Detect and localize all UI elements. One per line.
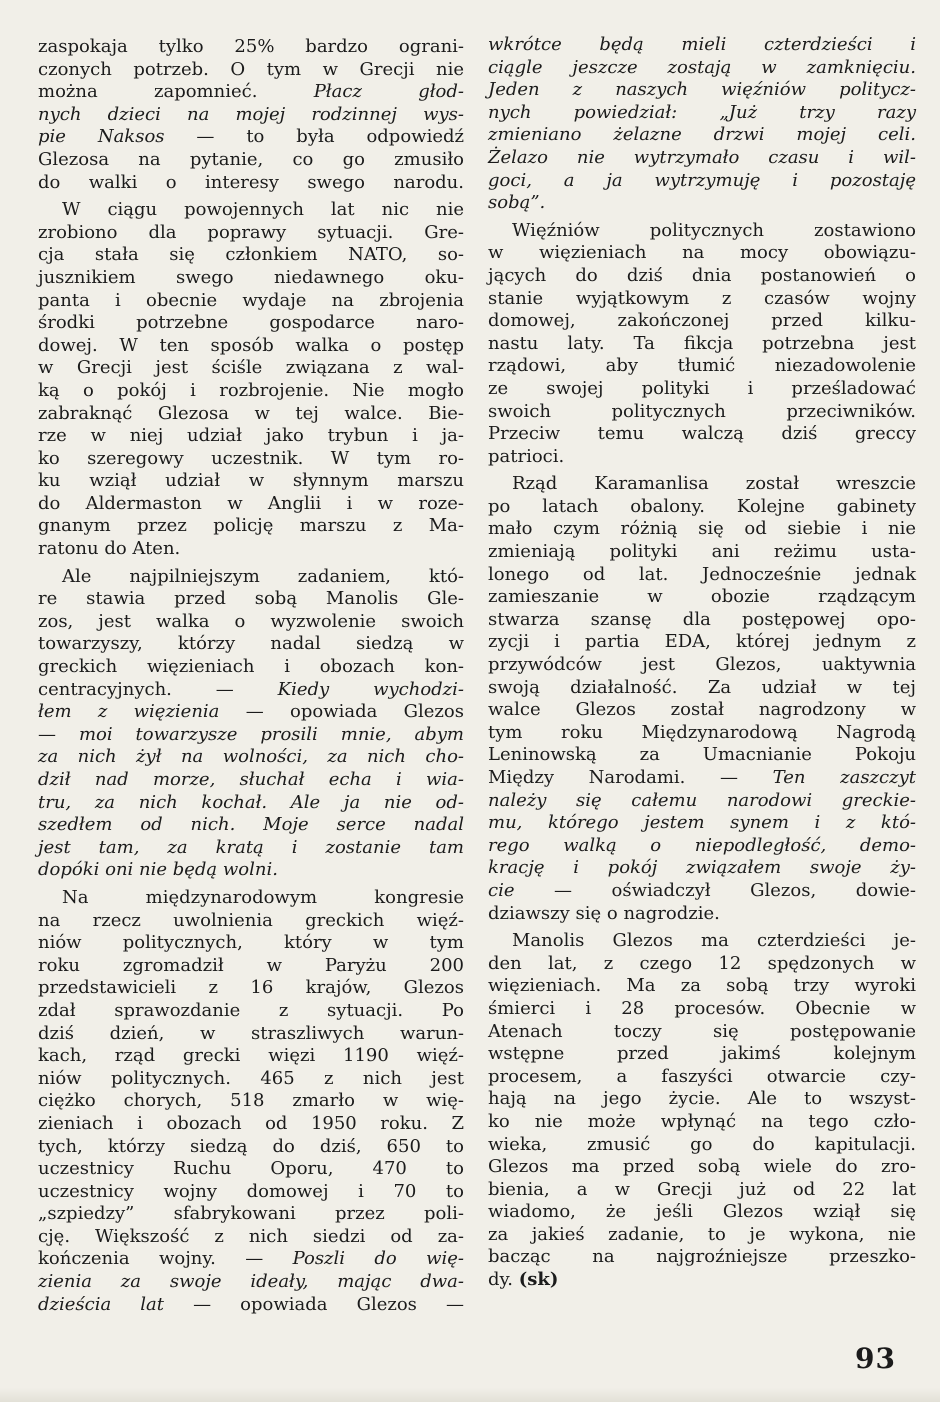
text-line: panta i obecnie wydaje na zbrojenia: [38, 290, 464, 313]
text-run: (sk): [519, 1269, 559, 1290]
text-run: Przeciw temu walczą dziś greccy: [488, 423, 916, 444]
text-run: ką o pokój i rozbrojenie. Nie mogło: [38, 380, 464, 401]
text-run: kach, rząd grecki więzi 1190 więź-: [38, 1045, 464, 1066]
text-run: panta i obecnie wydaje na zbrojenia: [38, 290, 464, 311]
text-run: Rząd Karamanlisa został wreszcie: [512, 473, 916, 494]
text-run: Manolis Glezos ma czterdzieści je-: [512, 930, 916, 951]
text-run: swoich politycznych przeciwników.: [488, 401, 916, 422]
text-line: ratonu do Aten.: [38, 538, 464, 561]
text-run: stwarza szansę dla postępowej opo-: [488, 609, 916, 630]
text-line: Glezos ma przed sobą wiele do zro-: [488, 1156, 916, 1179]
text-line: hają na jego życie. Ale to wszyst-: [488, 1088, 916, 1111]
text-line: czonych potrzeb. O tym w Grecji nie: [38, 59, 464, 82]
text-run: walce Glezos został nagrodzony w: [488, 699, 916, 720]
text-run: nastu laty. Ta fikcja potrzebna jest: [488, 333, 916, 354]
text-run: Między Narodami. —: [488, 767, 773, 788]
text-run: rego walką o niepodległość, demo-: [488, 835, 916, 856]
text-line: rze w niej udział jako trybun i ja-: [38, 425, 464, 448]
text-line: Przeciw temu walczą dziś greccy: [488, 423, 916, 446]
text-run: w Grecji jest ściśle związana z wal-: [38, 357, 464, 378]
text-line: Ale najpilniejszym zadaniem, któ-: [38, 566, 464, 589]
text-line: zieniach i obozach od 1950 roku. Z: [38, 1113, 464, 1136]
text-run: zaspokaja tylko 25% bardzo ograni-: [38, 36, 464, 57]
text-run: na rzecz uwolnienia greckich więź-: [38, 910, 464, 931]
text-line: ku wziął udział w słynnym marszu: [38, 470, 464, 493]
text-line: Między Narodami. — Ten zaszczyt: [488, 767, 916, 790]
text-line: zmieniają polityki ani reżimu usta-: [488, 541, 916, 564]
text-line: lonego od lat. Jednocześnie jednak: [488, 564, 916, 587]
text-run: wieka, zmusić go do kapitulacji.: [488, 1134, 916, 1155]
paragraph: W ciągu powojennych lat nic niezrobiono …: [38, 199, 464, 561]
text-line: ze swojej polityki i prześladować: [488, 378, 916, 401]
text-line: dy. (sk): [488, 1269, 916, 1292]
text-run: zrobiono dla poprawy sytuacji. Gre-: [38, 222, 464, 243]
text-run: W ciągu powojennych lat nic nie: [62, 199, 464, 220]
text-run: Płacz głod-: [314, 81, 464, 102]
text-line: można zapomnieć. Płacz głod-: [38, 81, 464, 104]
text-run: domowej, zakończonej przed kilku-: [488, 310, 916, 331]
text-line: ciągle jeszcze zostają w zamknięciu.: [488, 57, 916, 80]
paragraph: Ale najpilniejszym zadaniem, któ-re staw…: [38, 566, 464, 882]
text-line: dowej. W ten sposób walka o postęp: [38, 335, 464, 358]
paragraph: Więźniów politycznych zostawionow więzie…: [488, 220, 916, 469]
text-run: dowej. W ten sposób walka o postęp: [38, 335, 464, 356]
text-run: krację i pokój związałem swoje ży-: [488, 857, 916, 878]
text-line: jusznikiem swego niedawnego oku-: [38, 267, 464, 290]
text-run: sobą”.: [488, 192, 545, 213]
text-line: swoich politycznych przeciwników.: [488, 401, 916, 424]
text-run: cja stała się członkiem NATO, so-: [38, 244, 464, 265]
text-line: zamieszanie w obozie rządzącym: [488, 586, 916, 609]
text-run: kończenia wojny. —: [38, 1248, 293, 1269]
text-run: —: [38, 724, 79, 745]
text-run: gnanym przez policję marszu z Ma-: [38, 515, 464, 536]
text-line: walce Glezos został nagrodzony w: [488, 699, 916, 722]
text-run: Żelazo nie wytrzymało czasu i wil-: [488, 147, 916, 168]
column-right: wkrótce będą mieli czterdzieści iciągle …: [488, 34, 916, 1292]
text-run: jest tam, za kratą i zostanie tam: [38, 837, 464, 858]
text-line: goci, a ja wytrzymuję i pozostaję: [488, 170, 916, 193]
column-left: zaspokaja tylko 25% bardzo ograni-czonyc…: [38, 36, 464, 1316]
text-line: niów politycznych. 465 z nich jest: [38, 1068, 464, 1091]
text-line: Żelazo nie wytrzymało czasu i wil-: [488, 147, 916, 170]
text-line: mało czym różnią się od siebie i nie: [488, 518, 916, 541]
text-line: roku zgromadził w Paryżu 200: [38, 955, 464, 978]
text-line: za nich żył na wolności, za nich cho-: [38, 746, 464, 769]
text-run: Kiedy wychodzi-: [278, 679, 464, 700]
text-run: moi towarzysze prosili mnie, abym: [79, 724, 464, 745]
text-run: zamieszanie w obozie rządzącym: [488, 586, 916, 607]
text-run: Na międzynarodowym kongresie: [62, 887, 464, 908]
text-run: pie Naksos: [38, 126, 165, 147]
text-line: do Aldermaston w Anglii i w roze-: [38, 493, 464, 516]
text-line: dziawszy się o nagrodzie.: [488, 903, 916, 926]
text-line: Jeden z naszych więźniów politycz-: [488, 79, 916, 102]
text-run: dopóki oni nie będą wolni.: [38, 859, 278, 880]
text-line: przedstawicieli z 16 krajów, Glezos: [38, 977, 464, 1000]
text-run: zycji i partia EDA, której jednym z: [488, 631, 916, 652]
text-line: krację i pokój związałem swoje ży-: [488, 857, 916, 880]
text-run: dzieścia lat: [38, 1294, 164, 1315]
text-run: przywódców jest Glezos, uaktywnia: [488, 654, 916, 675]
text-line: wiadomo, że jeśli Glezos wziął się: [488, 1201, 916, 1224]
text-run: śmierci i 28 procesów. Obecnie w: [488, 998, 916, 1019]
text-run: lonego od lat. Jednocześnie jednak: [488, 564, 916, 585]
text-line: dzieścia lat — opowiada Glezos —: [38, 1294, 464, 1317]
text-run: roku zgromadził w Paryżu 200: [38, 955, 464, 976]
text-line: Na międzynarodowym kongresie: [38, 887, 464, 910]
text-line: Rząd Karamanlisa został wreszcie: [488, 473, 916, 496]
text-run: re stawia przed sobą Manolis Gle-: [38, 588, 464, 609]
text-run: środki potrzebne gospodarce naro-: [38, 312, 464, 333]
text-line: greckich więzieniach i obozach kon-: [38, 656, 464, 679]
text-line: bacząc na najgroźniejsze przeszko-: [488, 1246, 916, 1269]
paragraph: Na międzynarodowym kongresiena rzecz uwo…: [38, 887, 464, 1316]
text-run: — opowiada Glezos: [219, 701, 464, 722]
text-line: den lat, z czego 12 spędzonych w: [488, 953, 916, 976]
text-run: mu, którego jestem synem i z któ-: [488, 812, 916, 833]
page: { "document": { "language": "Polish", "p…: [0, 0, 940, 1402]
text-run: hają na jego życie. Ale to wszyst-: [488, 1088, 916, 1109]
text-line: ciężko chorych, 518 zmarło w wię-: [38, 1090, 464, 1113]
text-line: do walki o interesy swego narodu.: [38, 172, 464, 195]
text-run: dził nad morze, słuchał echa i wia-: [38, 769, 464, 790]
text-run: czonych potrzeb. O tym w Grecji nie: [38, 59, 464, 80]
text-run: zmieniają polityki ani reżimu usta-: [488, 541, 916, 562]
text-line: rządowi, aby tłumić niezadowolenie: [488, 355, 916, 378]
text-run: więzieniach. Ma za sobą trzy wyroki: [488, 975, 916, 996]
text-line: tych, którzy siedzą do dziś, 650 to: [38, 1136, 464, 1159]
text-line: Atenach toczy się postępowanie: [488, 1021, 916, 1044]
text-run: mało czym różnią się od siebie i nie: [488, 518, 916, 539]
text-line: uczestnicy Ruchu Oporu, 470 to: [38, 1158, 464, 1181]
text-line: nych powiedział: „Już trzy razy: [488, 102, 916, 125]
text-run: tru, za nich kochał. Ale ja nie od-: [38, 792, 464, 813]
text-run: w więzieniach na mocy obowiązu-: [488, 242, 916, 263]
text-run: centracyjnych. —: [38, 679, 278, 700]
text-run: procesem, a faszyści otwarcie czy-: [488, 1066, 916, 1087]
text-line: patrioci.: [488, 446, 916, 469]
text-run: po latach obalony. Kolejne gabinety: [488, 496, 916, 517]
text-run: łem z więzienia: [38, 701, 219, 722]
text-run: — oświadczył Glezos, dowie-: [515, 880, 917, 901]
text-line: pie Naksos — to była odpowiedź: [38, 126, 464, 149]
text-line: niów politycznych, który w tym: [38, 932, 464, 955]
text-line: cję. Większość z nich siedzi od za-: [38, 1226, 464, 1249]
text-line: na rzecz uwolnienia greckich więź-: [38, 910, 464, 933]
text-run: ciągle jeszcze zostają w zamknięciu.: [488, 57, 916, 78]
text-line: zdał sprawozdanie z sytuacji. Po: [38, 1000, 464, 1023]
text-line: procesem, a faszyści otwarcie czy-: [488, 1066, 916, 1089]
text-run: Atenach toczy się postępowanie: [488, 1021, 916, 1042]
text-run: uczestnicy wojny domowej i 70 to: [38, 1181, 464, 1202]
text-line: jących do dziś dnia postanowień o: [488, 265, 916, 288]
text-run: uczestnicy Ruchu Oporu, 470 to: [38, 1158, 464, 1179]
text-run: dziś dzień, w straszliwych warun-: [38, 1023, 464, 1044]
text-run: cie: [488, 880, 515, 901]
text-line: tym roku Międzynarodową Nagrodą: [488, 722, 916, 745]
text-run: niów politycznych. 465 z nich jest: [38, 1068, 464, 1089]
paragraph: zaspokaja tylko 25% bardzo ograni-czonyc…: [38, 36, 464, 194]
text-run: bienia, a w Grecji już od 22 lat: [488, 1179, 916, 1200]
text-run: dy.: [488, 1269, 519, 1290]
text-run: rządowi, aby tłumić niezadowolenie: [488, 355, 916, 376]
text-line: jest tam, za kratą i zostanie tam: [38, 837, 464, 860]
text-line: — moi towarzysze prosili mnie, abym: [38, 724, 464, 747]
text-run: można zapomnieć.: [38, 81, 314, 102]
text-run: Ten zaszczyt: [773, 767, 916, 788]
paragraph: Rząd Karamanlisa został wreszciepo latac…: [488, 473, 916, 925]
text-line: uczestnicy wojny domowej i 70 to: [38, 1181, 464, 1204]
text-line: za jakieś zadanie, to je wykona, nie: [488, 1224, 916, 1247]
text-run: do Aldermaston w Anglii i w roze-: [38, 493, 464, 514]
text-run: ze swojej polityki i prześladować: [488, 378, 916, 399]
text-run: zabraknąć Glezosa w tej walce. Bie-: [38, 403, 464, 424]
text-line: zienia za swoje ideały, mając dwa-: [38, 1271, 464, 1294]
text-line: dził nad morze, słuchał echa i wia-: [38, 769, 464, 792]
text-line: nych dzieci na mojej rodzinnej wys-: [38, 104, 464, 127]
text-run: swoją działalność. Za udział w tej: [488, 677, 916, 698]
text-run: towarzyszy, którzy nadal siedzą w: [38, 633, 464, 654]
text-run: jusznikiem swego niedawnego oku-: [38, 267, 464, 288]
paragraph: Manolis Glezos ma czterdzieści je-den la…: [488, 930, 916, 1292]
text-line: dziś dzień, w straszliwych warun-: [38, 1023, 464, 1046]
page-number: 93: [855, 1342, 896, 1375]
text-line: nastu laty. Ta fikcja potrzebna jest: [488, 333, 916, 356]
text-line: stanie wyjątkowym z czasów wojny: [488, 288, 916, 311]
text-run: Poszli do wię-: [293, 1248, 464, 1269]
text-line: Glezosa na pytanie, co go zmusiło: [38, 149, 464, 172]
text-line: dopóki oni nie będą wolni.: [38, 859, 464, 882]
text-line: re stawia przed sobą Manolis Gle-: [38, 588, 464, 611]
text-run: należy się całemu narodowi greckie-: [488, 790, 916, 811]
text-line: Manolis Glezos ma czterdzieści je-: [488, 930, 916, 953]
text-run: wkrótce będą mieli czterdzieści i: [488, 34, 916, 55]
text-line: ką o pokój i rozbrojenie. Nie mogło: [38, 380, 464, 403]
text-line: należy się całemu narodowi greckie-: [488, 790, 916, 813]
text-run: jących do dziś dnia postanowień o: [488, 265, 916, 286]
text-line: wstępne przed jakimś kolejnym: [488, 1043, 916, 1066]
text-run: — opowiada Glezos —: [164, 1294, 464, 1315]
text-line: kończenia wojny. — Poszli do wię-: [38, 1248, 464, 1271]
text-run: nych dzieci na mojej rodzinnej wys-: [38, 104, 464, 125]
text-run: dziawszy się o nagrodzie.: [488, 903, 720, 924]
text-run: greckich więzieniach i obozach kon-: [38, 656, 464, 677]
text-run: patrioci.: [488, 446, 564, 467]
text-run: zos, jest walka o wyzwolenie swoich: [38, 611, 464, 632]
text-line: bienia, a w Grecji już od 22 lat: [488, 1179, 916, 1202]
text-line: cja stała się członkiem NATO, so-: [38, 244, 464, 267]
text-line: cie — oświadczył Glezos, dowie-: [488, 880, 916, 903]
text-line: wkrótce będą mieli czterdzieści i: [488, 34, 916, 57]
paragraph: wkrótce będą mieli czterdzieści iciągle …: [488, 34, 916, 215]
text-line: zos, jest walka o wyzwolenie swoich: [38, 611, 464, 634]
text-line: zmieniano żelazne drzwi mojej celi.: [488, 124, 916, 147]
text-run: zmieniano żelazne drzwi mojej celi.: [488, 124, 916, 145]
text-run: przedstawicieli z 16 krajów, Glezos: [38, 977, 464, 998]
text-run: ciężko chorych, 518 zmarło w wię-: [38, 1090, 464, 1111]
text-run: zdał sprawozdanie z sytuacji. Po: [38, 1000, 464, 1021]
text-line: gnanym przez policję marszu z Ma-: [38, 515, 464, 538]
text-line: mu, którego jestem synem i z któ-: [488, 812, 916, 835]
text-run: zienia za swoje ideały, mając dwa-: [38, 1271, 464, 1292]
text-line: sobą”.: [488, 192, 916, 215]
text-run: ku wziął udział w słynnym marszu: [38, 470, 464, 491]
text-line: szedłem od nich. Moje serce nadal: [38, 814, 464, 837]
text-run: Glezosa na pytanie, co go zmusiło: [38, 149, 464, 170]
text-run: wiadomo, że jeśli Glezos wziął się: [488, 1201, 916, 1222]
text-run: Glezos ma przed sobą wiele do zro-: [488, 1156, 916, 1177]
text-line: centracyjnych. — Kiedy wychodzi-: [38, 679, 464, 702]
text-run: zieniach i obozach od 1950 roku. Z: [38, 1113, 464, 1134]
text-line: po latach obalony. Kolejne gabinety: [488, 496, 916, 519]
text-run: „szpiedzy” sfabrykowani przez poli-: [38, 1203, 464, 1224]
text-line: wieka, zmusić go do kapitulacji.: [488, 1134, 916, 1157]
text-line: W ciągu powojennych lat nic nie: [38, 199, 464, 222]
text-run: goci, a ja wytrzymuję i pozostaję: [488, 170, 916, 191]
text-line: więzieniach. Ma za sobą trzy wyroki: [488, 975, 916, 998]
text-line: zycji i partia EDA, której jednym z: [488, 631, 916, 654]
text-run: ko nie może wpłynąć na tego czło-: [488, 1111, 916, 1132]
text-line: tru, za nich kochał. Ale ja nie od-: [38, 792, 464, 815]
text-line: ko szeregowy uczestnik. W tym ro-: [38, 448, 464, 471]
text-line: środki potrzebne gospodarce naro-: [38, 312, 464, 335]
text-line: przywódców jest Glezos, uaktywnia: [488, 654, 916, 677]
text-line: stwarza szansę dla postępowej opo-: [488, 609, 916, 632]
text-run: ko szeregowy uczestnik. W tym ro-: [38, 448, 464, 469]
text-run: niów politycznych, który w tym: [38, 932, 464, 953]
text-run: Więźniów politycznych zostawiono: [512, 220, 916, 241]
text-run: stanie wyjątkowym z czasów wojny: [488, 288, 916, 309]
text-run: Ale najpilniejszym zadaniem, któ-: [62, 566, 464, 587]
text-line: zrobiono dla poprawy sytuacji. Gre-: [38, 222, 464, 245]
text-line: zabraknąć Glezosa w tej walce. Bie-: [38, 403, 464, 426]
text-line: w Grecji jest ściśle związana z wal-: [38, 357, 464, 380]
text-run: wstępne przed jakimś kolejnym: [488, 1043, 916, 1064]
text-line: towarzyszy, którzy nadal siedzą w: [38, 633, 464, 656]
text-run: — to była odpowiedź: [165, 126, 464, 147]
text-line: kach, rząd grecki więzi 1190 więź-: [38, 1045, 464, 1068]
text-run: szedłem od nich. Moje serce nadal: [38, 814, 464, 835]
text-line: rego walką o niepodległość, demo-: [488, 835, 916, 858]
text-run: za jakieś zadanie, to je wykona, nie: [488, 1224, 916, 1245]
text-line: łem z więzienia — opowiada Glezos: [38, 701, 464, 724]
text-run: Leninowską za Umacnianie Pokoju: [488, 744, 916, 765]
text-run: rze w niej udział jako trybun i ja-: [38, 425, 464, 446]
text-line: Więźniów politycznych zostawiono: [488, 220, 916, 243]
text-line: „szpiedzy” sfabrykowani przez poli-: [38, 1203, 464, 1226]
text-run: ratonu do Aten.: [38, 538, 180, 559]
text-run: za nich żył na wolności, za nich cho-: [38, 746, 464, 767]
text-line: domowej, zakończonej przed kilku-: [488, 310, 916, 333]
text-run: do walki o interesy swego narodu.: [38, 172, 464, 193]
text-run: tym roku Międzynarodową Nagrodą: [488, 722, 916, 743]
text-line: ko nie może wpłynąć na tego czło-: [488, 1111, 916, 1134]
text-run: Jeden z naszych więźniów politycz-: [488, 79, 916, 100]
text-run: tych, którzy siedzą do dziś, 650 to: [38, 1136, 464, 1157]
text-line: swoją działalność. Za udział w tej: [488, 677, 916, 700]
text-run: cję. Większość z nich siedzi od za-: [38, 1226, 464, 1247]
text-line: śmierci i 28 procesów. Obecnie w: [488, 998, 916, 1021]
text-line: w więzieniach na mocy obowiązu-: [488, 242, 916, 265]
text-line: zaspokaja tylko 25% bardzo ograni-: [38, 36, 464, 59]
text-run: bacząc na najgroźniejsze przeszko-: [488, 1246, 916, 1267]
text-run: nych powiedział: „Już trzy razy: [488, 102, 916, 123]
text-run: den lat, z czego 12 spędzonych w: [488, 953, 916, 974]
text-line: Leninowską za Umacnianie Pokoju: [488, 744, 916, 767]
